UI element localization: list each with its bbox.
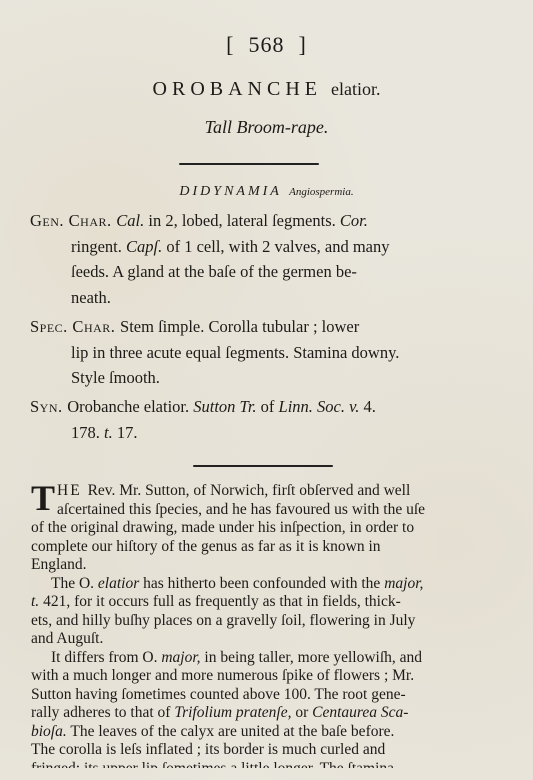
italic-text: major, [384, 575, 423, 592]
text-run: Orobanche elatior. [67, 397, 193, 416]
specific-character: Spec. Char. Stem ſimple. Corolla tubular… [30, 314, 490, 391]
text-line: The O. elatior has hitherto been confoun… [31, 575, 493, 594]
bracket-close: ] [299, 32, 307, 58]
text-run: of 1 cell, with 2 valves, and many [162, 237, 389, 256]
italic-text: major, [161, 649, 200, 666]
italic-text: Trifolium pratenſe, [174, 704, 291, 721]
italic-text: bioſa. [31, 723, 67, 740]
text-run: Style ſmooth. [71, 368, 160, 387]
divider-rule [193, 465, 333, 467]
text-run: Stem ſimple. Corolla tubular ; lower [120, 317, 359, 336]
section-label: Gen. Char. [30, 211, 116, 230]
text-run: 421, for it occurs full as frequently as… [39, 593, 401, 610]
text-run: complete our hiſtory of the genus as far… [31, 538, 381, 555]
text-line: lip in three acute equal ſegments. Stami… [30, 340, 490, 366]
italic-text: t. [31, 593, 39, 610]
text-line: of the original drawing, made under his … [31, 519, 493, 538]
text-line: complete our hiſtory of the genus as far… [31, 538, 493, 557]
book-page: [568] OROBANCHE elatior. Tall Broom-rape… [0, 0, 533, 780]
text-line: ringent. Capſ. of 1 cell, with 2 valves,… [30, 234, 490, 260]
text-run: rally adheres to that of [31, 704, 174, 721]
generic-character: Gen. Char. Cal. in 2, lobed, lateral ſeg… [30, 208, 490, 310]
italic-text: Sutton Tr. [193, 397, 256, 416]
order-name: Angiospermia. [289, 186, 353, 198]
divider-rule [179, 163, 319, 165]
text-line: t. 421, for it occurs full as frequently… [31, 593, 493, 612]
first-word-caps: HE [57, 482, 88, 499]
italic-text: elatior [98, 575, 139, 592]
italic-text: Centaurea Sca- [312, 704, 408, 721]
page-number-value: 568 [249, 32, 285, 57]
text-run: with a much longer and more numerous ſpi… [31, 667, 414, 684]
text-run: ets, and hilly buſhy places on a gravell… [31, 612, 415, 629]
page-title: OROBANCHE elatior. [0, 78, 533, 101]
italic-text: t. [104, 423, 113, 442]
text-run: The O. [51, 575, 98, 592]
section-label: Spec. Char. [30, 317, 120, 336]
linnaean-classification: DIDYNAMIA Angiospermia. [0, 183, 533, 200]
text-run: or [291, 704, 312, 721]
class-name: DIDYNAMIA [179, 184, 281, 199]
text-line: Sutton having ſometimes counted above 10… [31, 686, 493, 705]
bracket-open: [ [226, 32, 234, 58]
text-run: England. [31, 556, 87, 573]
text-run: and Auguſt. [31, 630, 103, 647]
text-line: with a much longer and more numerous ſpi… [31, 667, 493, 686]
text-line: Gen. Char. Cal. in 2, lobed, lateral ſeg… [30, 208, 490, 234]
text-run: has hitherto been confounded with the [139, 575, 384, 592]
text-line: rally adheres to that of Trifolium prate… [31, 704, 493, 723]
common-name: Tall Broom-rape. [0, 117, 533, 138]
text-line: It differs from O. major, in being talle… [31, 649, 493, 668]
text-line: Spec. Char. Stem ſimple. Corolla tubular… [30, 314, 490, 340]
text-run: The corolla is leſs inflated ; its borde… [31, 741, 385, 758]
text-run: in 2, lobed, lateral ſegments. [144, 211, 340, 230]
synonymy: Syn. Orobanche elatior. Sutton Tr. of Li… [30, 394, 490, 445]
cut-off-line: fringed; its upper lip ſometimes a littl… [31, 760, 493, 768]
text-line: Style ſmooth. [30, 365, 490, 391]
title-genus: OROBANCHE [153, 78, 322, 100]
text-line: neath. [30, 285, 490, 311]
page-number: [568] [0, 32, 533, 58]
text-run: of the original drawing, made under his … [31, 519, 414, 536]
text-run: in being taller, more yellowiſh, and [201, 649, 423, 666]
text-line: aſcertained this ſpecies, and he has fav… [31, 501, 493, 520]
text-line: bioſa. The leaves of the calyx are unite… [31, 723, 493, 742]
title-species: elatior. [331, 79, 380, 99]
text-run: lip in three acute equal ſegments. Stami… [71, 343, 399, 362]
text-run: 178. [71, 423, 104, 442]
text-run: of [257, 397, 279, 416]
text-line: England. [31, 556, 493, 575]
text-run: ringent. [71, 237, 126, 256]
text-line: ets, and hilly buſhy places on a gravell… [31, 612, 493, 631]
text-run: Rev. Mr. Sutton, of Norwich, firſt obſer… [88, 482, 411, 499]
italic-text: Linn. Soc. v. [279, 397, 360, 416]
text-run: ſeeds. A gland at the baſe of the germen… [71, 262, 357, 281]
italic-text: Capſ. [126, 237, 162, 256]
text-run: 17. [113, 423, 138, 442]
section-label: Syn. [30, 397, 67, 416]
text-line: HE Rev. Mr. Sutton, of Norwich, firſt ob… [31, 482, 493, 501]
italic-text: Cor. [340, 211, 368, 230]
text-run: neath. [71, 288, 111, 307]
text-line: Syn. Orobanche elatior. Sutton Tr. of Li… [30, 394, 490, 420]
text-run: aſcertained this ſpecies, and he has fav… [57, 501, 425, 518]
text-run: 4. [359, 397, 376, 416]
text-run: Sutton having ſometimes counted above 10… [31, 686, 406, 703]
italic-text: Cal. [116, 211, 144, 230]
text-run: The leaves of the calyx are united at th… [67, 723, 395, 740]
text-line: and Auguſt. [31, 630, 493, 649]
text-run: It differs from O. [51, 649, 161, 666]
text-line: 178. t. 17. [30, 420, 490, 446]
text-line: ſeeds. A gland at the baſe of the germen… [30, 259, 490, 285]
drop-cap: T [31, 484, 55, 512]
description-body: THE Rev. Mr. Sutton, of Norwich, firſt o… [31, 482, 493, 768]
text-line: The corolla is leſs inflated ; its borde… [31, 741, 493, 760]
